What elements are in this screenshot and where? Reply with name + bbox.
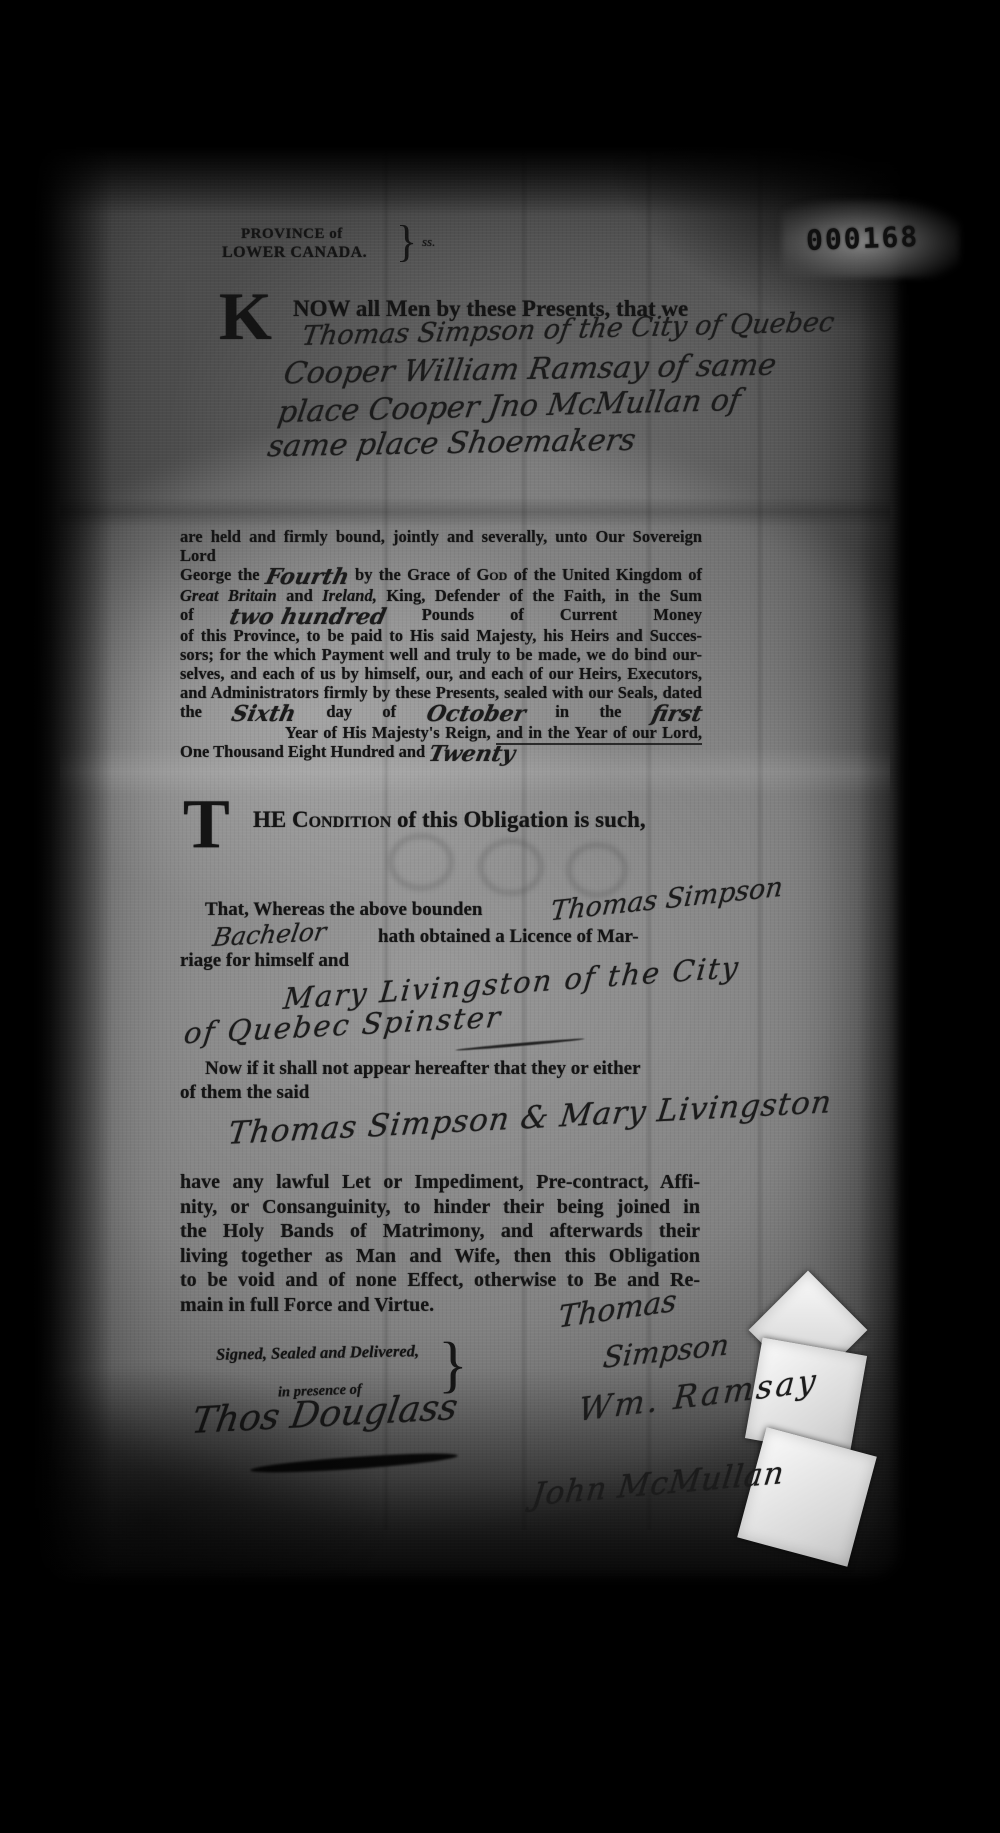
film-shadow-bottom-left (40, 1360, 400, 1590)
province-label-line1: PROVINCE of (241, 226, 343, 243)
ghost-stamp (478, 838, 544, 896)
bond-clause-paragraph: are held and firmly bound, jointly and s… (180, 527, 702, 763)
licence-line-2: riage for himself and (180, 950, 349, 972)
jurisdiction-ss-label: ss. (422, 234, 435, 250)
microfilm-scan: PROVINCE of LOWER CANADA. } ss. 000168 K… (0, 0, 1000, 1833)
serial-number: 000168 (805, 220, 919, 257)
now-if-line-1: Now if it shall not appear hereafter tha… (205, 1058, 641, 1080)
now-if-line-2: of them the said (180, 1082, 309, 1104)
film-black-bottom (0, 1600, 1000, 1833)
principals-handwriting-line-4: same place Shoemakers (265, 423, 638, 465)
licence-line-1: hath obtained a Licence of Mar- (378, 926, 639, 948)
fold-crease (60, 497, 890, 527)
jurisdiction-brace: } (396, 216, 417, 267)
condition-title: HE Condition of this Obligation is such, (253, 807, 646, 833)
ghost-stamp (388, 833, 454, 891)
condition-dropcap: T (183, 795, 230, 855)
groom-status-handwriting: Bachelor (211, 917, 329, 952)
opening-dropcap: K (219, 288, 272, 346)
province-label-line2: LOWER CANADA. (222, 244, 367, 262)
condition-whereas-line: That, Whereas the above bounden (205, 899, 483, 921)
